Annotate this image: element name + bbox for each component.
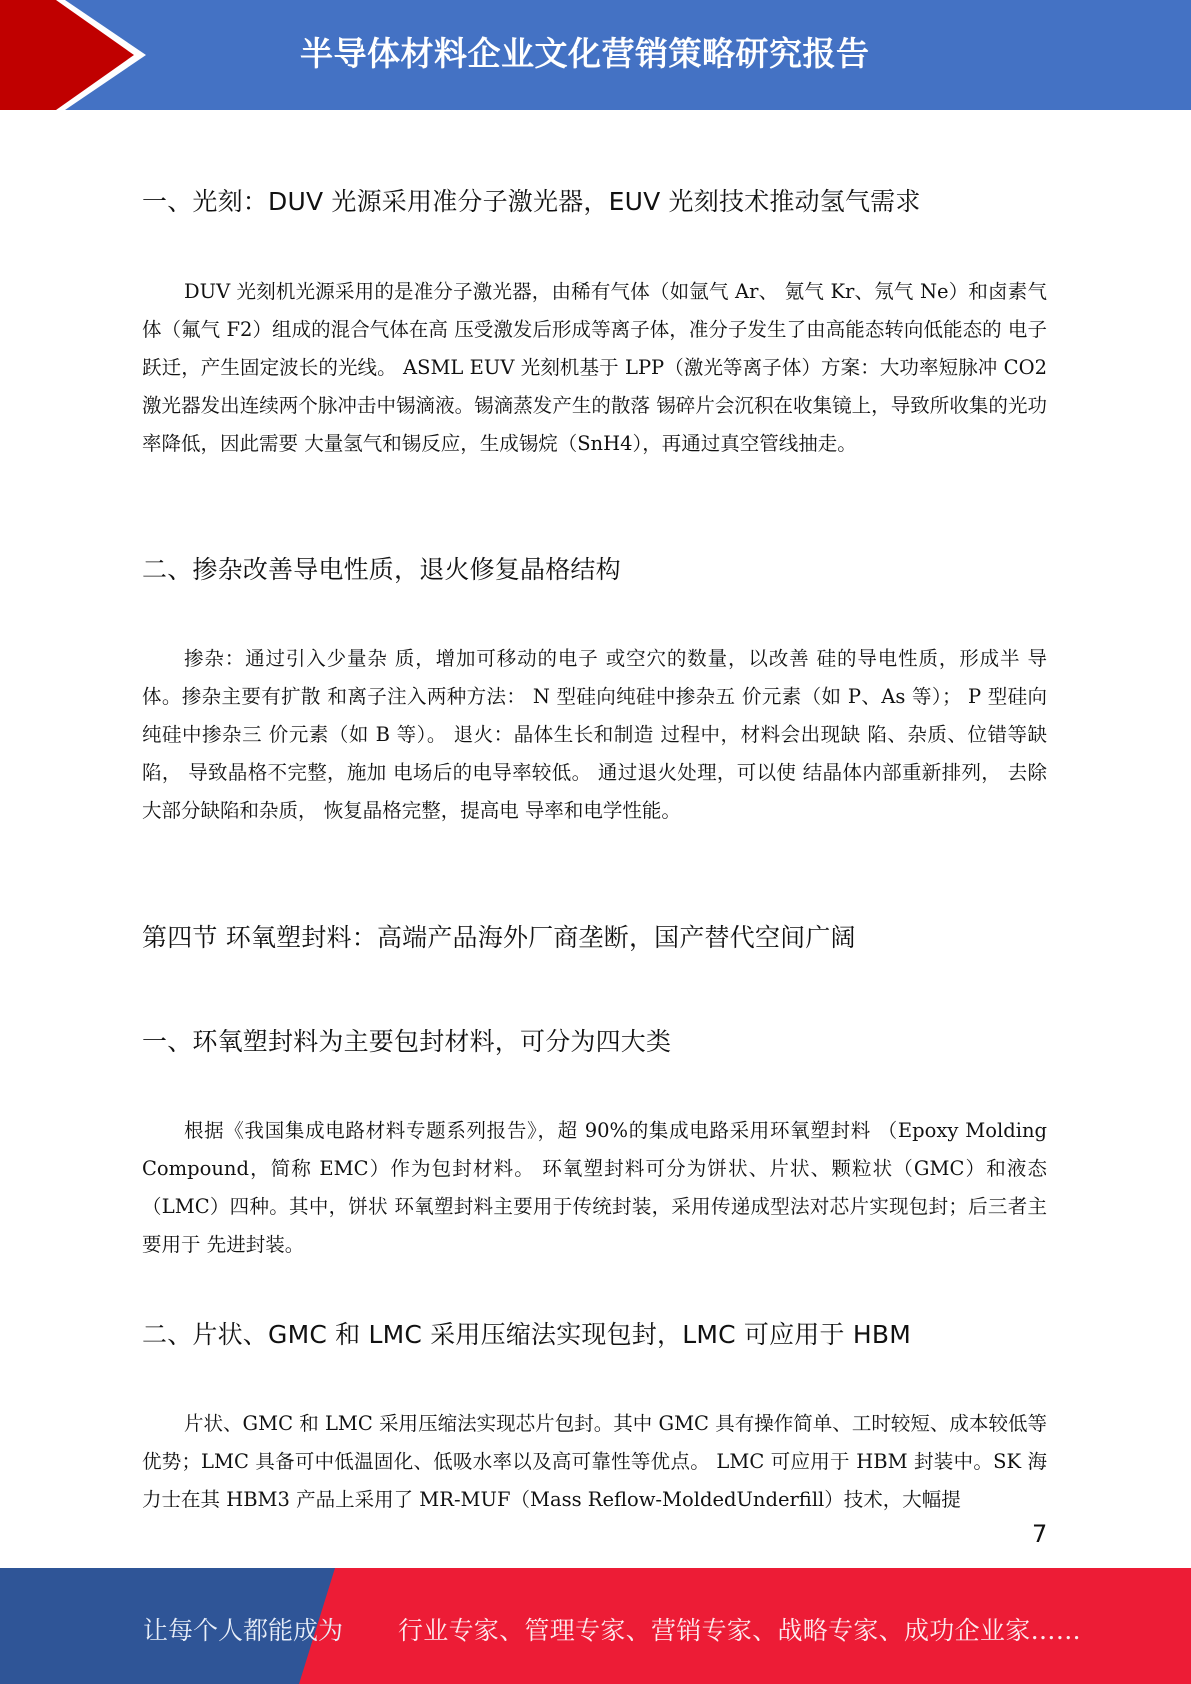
paragraph-doping: 掺杂：通过引入少量杂 质，增加可移动的电子 或空穴的数量，以改善 硅的导电性质，… bbox=[142, 640, 1047, 830]
paragraph-compression: 片状、GMC 和 LMC 采用压缩法实现芯片包封。其中 GMC 具有操作简单、工… bbox=[142, 1405, 1047, 1519]
section-heading-lithography: 一、光刻：DUV 光源采用准分子激光器，EUV 光刻技术推动氢气需求 bbox=[142, 182, 921, 218]
section-heading-doping: 二、掺杂改善导电性质，退火修复晶格结构 bbox=[142, 550, 621, 586]
red-chevron-arrow-icon bbox=[0, 0, 160, 110]
paragraph-emc-types: 根据《我国集成电路材料专题系列报告》，超 90%的集成电路采用环氧塑封料 （Ep… bbox=[142, 1112, 1047, 1264]
page-number: 7 bbox=[1032, 1520, 1047, 1548]
footer-slogan-left: 让每个人都能成为 bbox=[143, 1611, 343, 1647]
footer-slogan-right: 行业专家、管理专家、营销专家、战略专家、成功企业家…… bbox=[398, 1611, 1081, 1647]
paragraph-lithography: DUV 光刻机光源采用的是准分子激光器，由稀有气体（如氩气 Ar、 氪气 Kr、… bbox=[142, 273, 1047, 463]
section-heading-emc-types: 一、环氧塑封料为主要包封材料，可分为四大类 bbox=[142, 1022, 671, 1058]
report-title: 半导体材料企业文化营销策略研究报告 bbox=[300, 28, 870, 75]
section-heading-compression: 二、片状、GMC 和 LMC 采用压缩法实现包封，LMC 可应用于 HBM bbox=[142, 1315, 911, 1351]
page-footer-band: 让每个人都能成为 行业专家、管理专家、营销专家、战略专家、成功企业家…… bbox=[0, 1568, 1191, 1684]
page-header-band: 半导体材料企业文化营销策略研究报告 bbox=[0, 0, 1191, 110]
chapter-heading-emc: 第四节 环氧塑封料：高端产品海外厂商垄断，国产替代空间广阔 bbox=[142, 918, 856, 954]
